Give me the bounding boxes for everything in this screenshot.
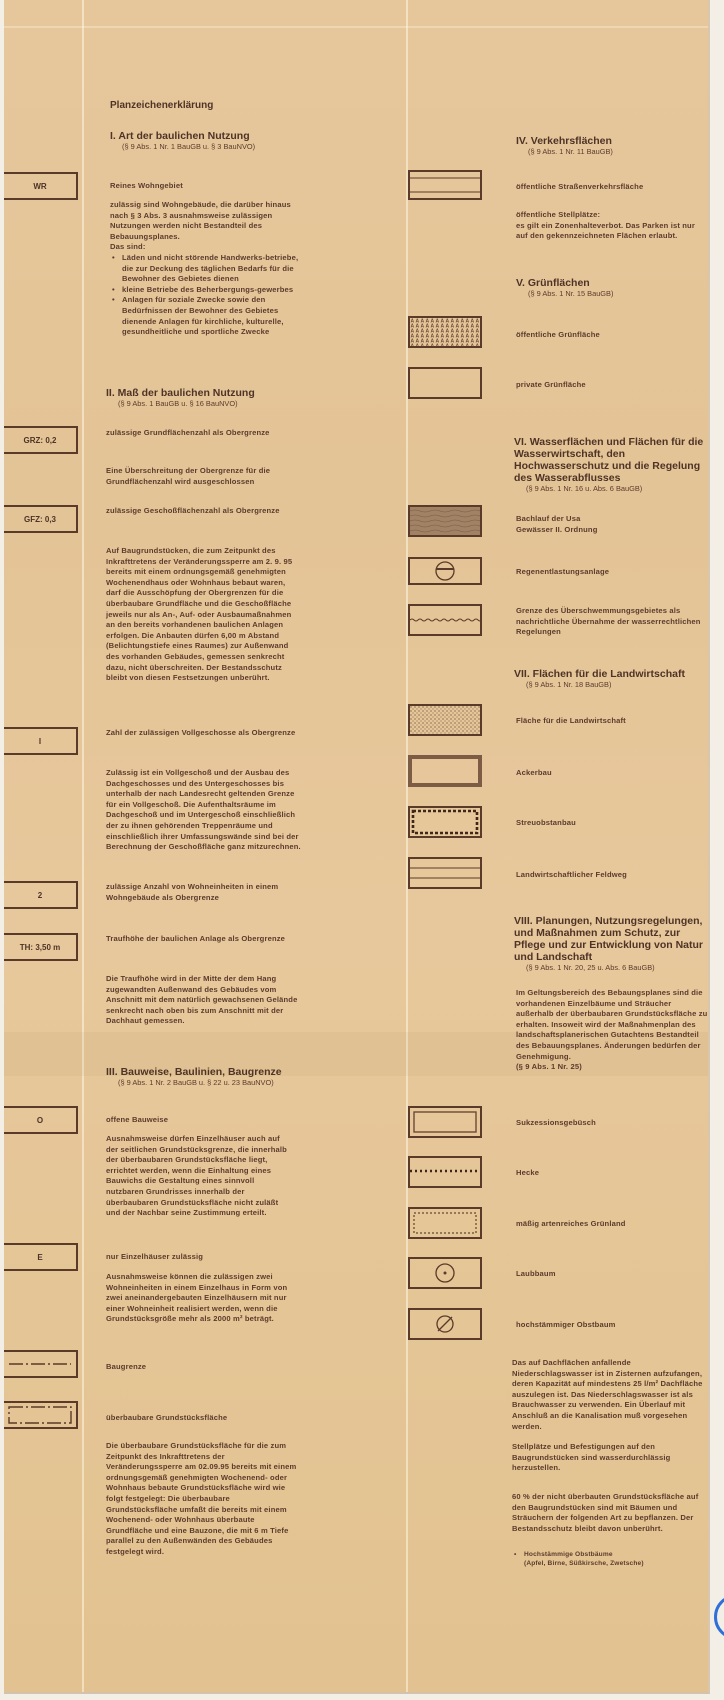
symbol-wohneinheiten: 2 [4,881,78,909]
water-waves-icon [410,507,480,535]
label-grz: zulässige Grundflächenzahl als Obergrenz… [106,428,306,439]
symbol-regenentlastung [408,557,482,585]
obstbaeume-list: Hochstämmige Obstbäume(Apfel, Birne, Süß… [512,1550,710,1568]
symbol-ackerbau [408,755,482,787]
grassland-circles-icon [410,1209,480,1237]
wr-exceptions-list: Läden und nicht störende Handwerks-betri… [110,253,300,338]
note-stellplaetze: Stellplätze und Befestigungen auf den Ba… [512,1442,710,1474]
section-heading-3: III. Bauweise, Baulinien, Baugrenze (§ 9… [106,1066,282,1088]
symbol-landwirtschaft [408,704,482,736]
label-ackerbau: Ackerbau [516,768,552,779]
symbol-baugrenze [4,1350,78,1378]
label-vollgeschosse: Zahl der zulässigen Vollgeschosse als Ob… [106,728,306,739]
note-offene-bauweise: Ausnahmsweise dürfen Einzelhäuser auch a… [106,1134,294,1219]
section-heading-1: I. Art der baulichen Nutzung (§ 9 Abs. 1… [110,130,255,152]
section-heading-5: V. Grünflächen (§ 9 Abs. 1 Nr. 15 BauGB) [516,277,613,299]
circle-indicator-icon [714,1594,724,1640]
green-area-pattern-icon: A [410,318,480,346]
symbol-private-gruenflaeche [408,367,482,399]
label-traufhoehe: Traufhöhe der baulichen Anlage als Oberg… [106,934,286,945]
symbol-streuobst [408,806,482,838]
note-gfz: Auf Baugrundstücken, die zum Zeitpunkt d… [106,546,302,684]
label-wohneinheiten: zulässige Anzahl von Wohneinheiten in ei… [106,882,286,903]
symbol-vollgeschosse: I [4,727,78,755]
label-ueberschwemmung: Grenze des Überschwemmungsgebietes als n… [516,606,706,638]
fold-line [406,0,408,1692]
symbol-sukzession [408,1106,482,1138]
note-vollgeschosse: Zulässig ist ein Vollgeschoß und der Aus… [106,768,306,853]
rain-relief-circle-icon [433,560,457,582]
list-item: Läden und nicht störende Handwerks-betri… [122,253,300,285]
note-grz: Eine Überschreitung der Obergrenze für d… [106,466,316,487]
label-gfz: zulässige Geschoßflächenzahl als Obergre… [106,506,306,517]
section-heading-6: VI. Wasserflächen und Flächen für die Wa… [514,436,710,494]
note-ueberbaubar: Die überbaubare Grundstücksfläche für di… [106,1441,302,1558]
section-heading-4: IV. Verkehrsflächen (§ 9 Abs. 1 Nr. 11 B… [516,135,613,157]
symbol-bachlauf [408,505,482,537]
label-laubbaum: Laubbaum [516,1269,556,1280]
label-hecke: Hecke [516,1168,539,1179]
note-niederschlag: Das auf Dachflächen anfallende Niedersch… [512,1358,710,1432]
succession-shrub-icon [410,1108,480,1136]
label-ueberbaubar: überbaubare Grundstücksfläche [106,1413,227,1424]
stellplaetze: öffentliche Stellplätze: es gilt ein Zon… [516,210,706,242]
label-bachlauf: Bachlauf der Usa Gewässer II. Ordnung [516,514,598,535]
baugrenze-line-icon [7,1361,73,1367]
symbol-offene-bauweise: O [4,1106,78,1134]
agriculture-dots-icon [410,706,480,734]
symbol-wr: WR [4,172,78,200]
symbol-ueberschwemmung [408,604,482,636]
symbol-traufhoehe: TH: 3,50 m [4,933,78,961]
ueberbaubar-dashed-rect-icon [7,1404,73,1426]
note-section-8: Im Geltungsbereich des Bebaungsplanes si… [516,988,708,1073]
label-landwirtschaft: Fläche für die Landwirtschaft [516,716,626,727]
deciduous-tree-icon [433,1261,457,1285]
label-einzelhaeuser: nur Einzelhäuser zulässig [106,1252,203,1263]
label-offene-bauweise: offene Bauweise [106,1115,168,1126]
symbol-oeffentliche-gruenflaeche: A [408,316,482,348]
symbol-feldweg [408,857,482,889]
symbol-hecke [408,1156,482,1188]
label-baugrenze: Baugrenze [106,1362,146,1373]
text-wr: zulässig sind Wohngebäude, die darüber h… [110,200,300,338]
hedge-dots-icon [410,1158,480,1186]
symbol-gruenland [408,1207,482,1239]
label-oeffentliche-gruenflaeche: öffentliche Grünfläche [516,330,600,341]
road-lines-icon [410,172,480,198]
section-heading-7: VII. Flächen für die Landwirtschaft (§ 9… [514,668,685,690]
label-gruenland: mäßig artenreiches Grünland [516,1219,626,1230]
list-item: kleine Betriebe des Beherbergungs-gewerb… [122,285,300,296]
label-regenentlastung: Regenentlastungsanlage [516,567,609,578]
label-private-gruenflaeche: private Grünfläche [516,380,586,391]
symbol-grz: GRZ: 0,2 [4,426,78,454]
label-obstbaum: hochstämmiger Obstbaum [516,1320,616,1331]
symbol-ueberbaubar [4,1401,78,1429]
document-title: Planzeichenerklärung [110,100,213,111]
note-bepflanzung: 60 % der nicht überbauten Grundstücksflä… [512,1492,710,1534]
list-item: Anlagen für soziale Zwecke sowie den Bed… [122,295,300,337]
flood-boundary-line-icon [410,606,480,634]
orchard-squares-icon [410,808,480,836]
symbol-laubbaum [408,1257,482,1289]
list-item: Hochstämmige Obstbäume(Apfel, Birne, Süß… [524,1550,710,1568]
symbol-obstbaum [408,1308,482,1340]
field-path-lines-icon [410,859,480,887]
label-strasse: öffentliche Straßenverkehrsfläche [516,182,643,193]
label-feldweg: Landwirtschaftlicher Feldweg [516,870,627,881]
symbol-einzelhaeuser: E [4,1243,78,1271]
note-traufhoehe: Die Traufhöhe wird in der Mitte der dem … [106,974,306,1027]
symbol-gfz: GFZ: 0,3 [4,505,78,533]
fruit-tree-icon [433,1312,457,1336]
symbol-strasse [408,170,482,200]
label-sukzession: Sukzessionsgebüsch [516,1118,596,1129]
label-wr: Reines Wohngebiet [110,181,183,192]
note-einzelhaeuser: Ausnahmsweise können die zulässigen zwei… [106,1272,302,1325]
fold-line [82,0,84,1692]
label-streuobst: Streuobstanbau [516,818,576,829]
legend-sheet: Planzeichenerklärung I. Art der bauliche… [4,0,710,1694]
fold-line [4,26,708,28]
section-heading-8: VIII. Planungen, Nutzungsregelungen, und… [514,915,710,973]
section-heading-2: II. Maß der baulichen Nutzung (§ 9 Abs. … [106,387,255,409]
